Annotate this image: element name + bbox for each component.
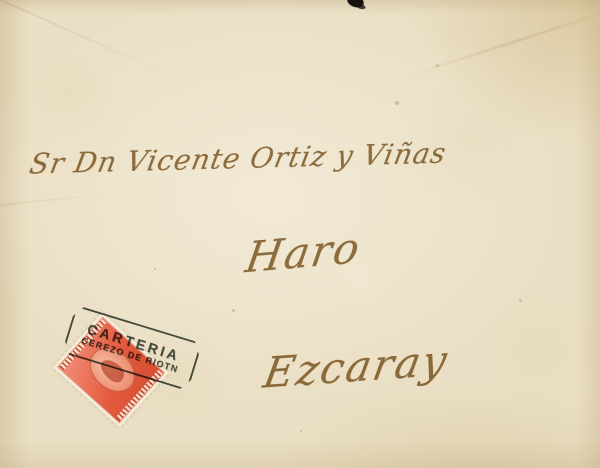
paper-crease: [405, 5, 600, 79]
foxing-spot: [154, 268, 156, 270]
foxing-spot: [300, 430, 302, 432]
address-line-destination: Ezcaray: [260, 335, 453, 398]
foxing-spot: [519, 299, 522, 302]
address-line-recipient: Sr Dn Vicente Ortiz y Viñas: [27, 136, 449, 180]
address-line-town: Haro: [242, 223, 364, 283]
paper-crease: [0, 193, 110, 210]
foxing-spot: [436, 64, 439, 67]
paper-crease: [0, 0, 171, 77]
foxing-spot: [395, 101, 399, 105]
envelope-photo: Sr Dn Vicente Ortiz y Viñas Haro Ezcaray…: [0, 0, 600, 468]
ink-blot: [346, 0, 366, 9]
foxing-spot: [232, 309, 235, 312]
